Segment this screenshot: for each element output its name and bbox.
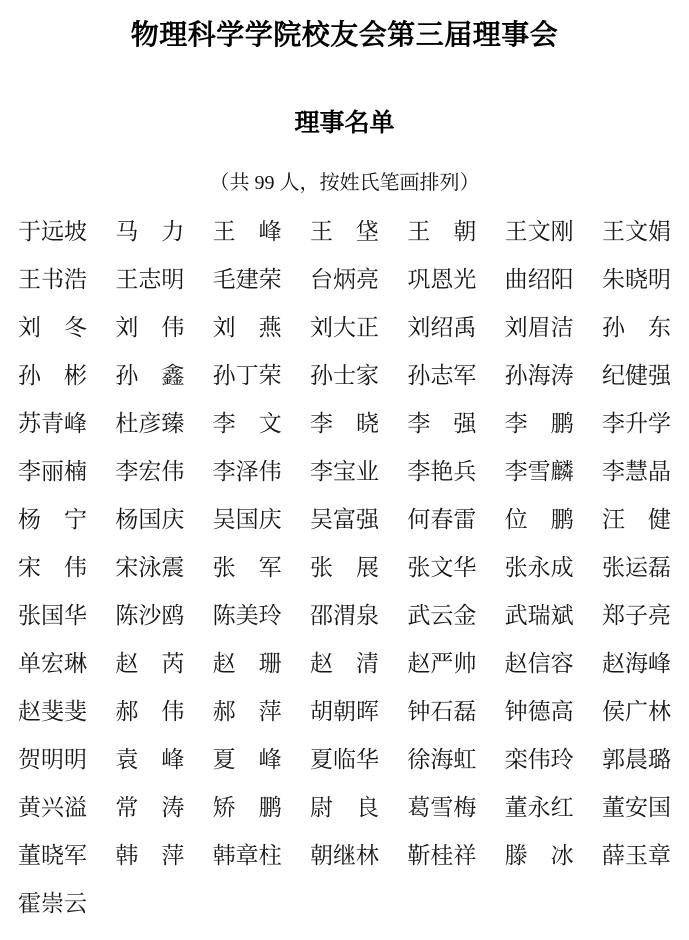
list-title: 理事名单 xyxy=(0,103,689,139)
roster-name: 董永红 xyxy=(505,795,574,821)
roster-name: 赵海峰 xyxy=(602,651,671,677)
roster-name: 李宏伟 xyxy=(115,459,184,485)
name-row: 宋 伟 宋泳震 张 军 张 展 张文华 张永成 张运磊 xyxy=(18,555,671,603)
roster-name: 王文娟 xyxy=(602,219,671,245)
roster-name: 张 军 xyxy=(213,555,282,581)
roster-name: 毛建荣 xyxy=(213,267,282,293)
roster-name: 孙丁荣 xyxy=(213,363,282,389)
roster-name: 郝 伟 xyxy=(115,699,184,725)
name-row: 杨 宁 杨国庆 吴国庆 吴富强 何春雷 位 鹏 汪 健 xyxy=(18,507,671,555)
name-row: 单宏琳 赵 芮 赵 珊 赵 清 赵严帅 赵信容 赵海峰 xyxy=(18,651,671,699)
roster-name: 薛玉章 xyxy=(602,843,671,869)
roster-name: 王志明 xyxy=(115,267,184,293)
roster-name: 巩恩光 xyxy=(407,267,476,293)
roster-name: 张国华 xyxy=(18,603,87,629)
name-row: 苏青峰 杜彦臻 李 文 李 晓 李 强 李 鹏 李升学 xyxy=(18,411,671,459)
roster-name: 夏临华 xyxy=(310,747,379,773)
roster-name: 韩 萍 xyxy=(115,843,184,869)
roster-name: 郭晨璐 xyxy=(602,747,671,773)
roster-name: 李丽楠 xyxy=(18,459,87,485)
roster-name: 钟德高 xyxy=(505,699,574,725)
roster-name: 刘 伟 xyxy=(115,315,184,341)
roster-name: 孙 鑫 xyxy=(115,363,184,389)
roster-name: 台炳亮 xyxy=(310,267,379,293)
roster-name: 李泽伟 xyxy=(213,459,282,485)
roster-name: 李 强 xyxy=(407,411,476,437)
roster-name: 赵信容 xyxy=(505,651,574,677)
roster-name: 杜彦臻 xyxy=(115,411,184,437)
roster-name: 侯广林 xyxy=(602,699,671,725)
roster-name: 张文华 xyxy=(407,555,476,581)
roster-name: 单宏琳 xyxy=(18,651,87,677)
roster-name: 董安国 xyxy=(602,795,671,821)
roster-name: 刘 燕 xyxy=(213,315,282,341)
name-row: 王书浩 王志明 毛建荣 台炳亮 巩恩光 曲绍阳 朱晓明 xyxy=(18,267,671,315)
roster-name: 曲绍阳 xyxy=(505,267,574,293)
roster-name: 李 鹏 xyxy=(505,411,574,437)
roster-name: 李宝业 xyxy=(310,459,379,485)
roster-name: 张 展 xyxy=(310,555,379,581)
roster-name: 刘大正 xyxy=(310,315,379,341)
roster-name: 王文刚 xyxy=(505,219,574,245)
roster-name: 苏青峰 xyxy=(18,411,87,437)
roster-name: 滕 冰 xyxy=(505,843,574,869)
roster-name: 李 晓 xyxy=(310,411,379,437)
roster-name: 孙志军 xyxy=(407,363,476,389)
name-row: 张国华 陈沙鸥 陈美玲 邵渭泉 武云金 武瑞斌 郑子亮 xyxy=(18,603,671,651)
roster-name: 位 鹏 xyxy=(505,507,574,533)
roster-name: 赵 清 xyxy=(310,651,379,677)
name-row: 李丽楠 李宏伟 李泽伟 李宝业 李艳兵 李雪麟 李慧晶 xyxy=(18,459,671,507)
roster-name: 郑子亮 xyxy=(602,603,671,629)
roster-name: 王 朝 xyxy=(407,219,476,245)
name-row: 于远坡 马 力 王 峰 王 垡 王 朝 王文刚 王文娟 xyxy=(18,219,671,267)
roster-name: 袁 峰 xyxy=(115,747,184,773)
roster-name: 王 垡 xyxy=(310,219,379,245)
name-row: 孙 彬 孙 鑫 孙丁荣 孙士家 孙志军 孙海涛 纪健强 xyxy=(18,363,671,411)
roster-name: 赵 珊 xyxy=(213,651,282,677)
roster-name: 钟石磊 xyxy=(407,699,476,725)
roster-name: 宋 伟 xyxy=(18,555,87,581)
name-row: 赵斐斐 郝 伟 郝 萍 胡朝晖 钟石磊 钟德高 侯广林 xyxy=(18,699,671,747)
roster-name: 常 涛 xyxy=(115,795,184,821)
roster-name: 孙海涛 xyxy=(505,363,574,389)
roster-name: 武云金 xyxy=(407,603,476,629)
roster-name: 刘眉洁 xyxy=(505,315,574,341)
roster-name: 吴国庆 xyxy=(213,507,282,533)
roster-name: 赵严帅 xyxy=(407,651,476,677)
roster-name: 马 力 xyxy=(115,219,184,245)
roster-name: 陈沙鸥 xyxy=(115,603,184,629)
document-title: 物理科学学院校友会第三届理事会 xyxy=(0,13,689,53)
roster-name: 张永成 xyxy=(505,555,574,581)
roster-name: 李升学 xyxy=(602,411,671,437)
roster-name: 霍崇云 xyxy=(18,891,87,917)
roster-name: 孙 东 xyxy=(602,315,671,341)
roster-name: 靳桂祥 xyxy=(407,843,476,869)
roster-name: 尉 良 xyxy=(310,795,379,821)
roster-name: 夏 峰 xyxy=(213,747,282,773)
roster-name: 何春雷 xyxy=(407,507,476,533)
roster-name: 朱晓明 xyxy=(602,267,671,293)
name-row: 黄兴溢 常 涛 矫 鹏 尉 良 葛雪梅 董永红 董安国 xyxy=(18,795,671,843)
name-row: 霍崇云 xyxy=(18,891,671,939)
roster-name: 赵 芮 xyxy=(115,651,184,677)
roster-name: 朝继林 xyxy=(310,843,379,869)
roster-name: 张运磊 xyxy=(602,555,671,581)
roster-name: 吴富强 xyxy=(310,507,379,533)
name-row: 董晓军 韩 萍 韩章柱 朝继林 靳桂祥 滕 冰 薛玉章 xyxy=(18,843,671,891)
roster-name: 栾伟玲 xyxy=(505,747,574,773)
roster-name: 孙 彬 xyxy=(18,363,87,389)
roster-name: 孙士家 xyxy=(310,363,379,389)
roster-name: 杨 宁 xyxy=(18,507,87,533)
roster-name: 汪 健 xyxy=(602,507,671,533)
name-grid: 于远坡 马 力 王 峰 王 垡 王 朝 王文刚 王文娟 王书浩 王志明 毛建荣 … xyxy=(18,219,671,939)
name-row: 贺明明 袁 峰 夏 峰 夏临华 徐海虹 栾伟玲 郭晨璐 xyxy=(18,747,671,795)
roster-name: 王 峰 xyxy=(213,219,282,245)
roster-name: 黄兴溢 xyxy=(18,795,87,821)
count-note: （共 99 人，按姓氏笔画排列） xyxy=(0,166,689,195)
roster-name: 杨国庆 xyxy=(115,507,184,533)
roster-name: 于远坡 xyxy=(18,219,87,245)
roster-name: 韩章柱 xyxy=(213,843,282,869)
roster-name: 李 文 xyxy=(213,411,282,437)
roster-name: 纪健强 xyxy=(602,363,671,389)
roster-name: 矫 鹏 xyxy=(213,795,282,821)
roster-name: 葛雪梅 xyxy=(407,795,476,821)
roster-name: 宋泳震 xyxy=(115,555,184,581)
roster-name: 李雪麟 xyxy=(505,459,574,485)
roster-name: 陈美玲 xyxy=(213,603,282,629)
roster-name: 王书浩 xyxy=(18,267,87,293)
roster-name: 武瑞斌 xyxy=(505,603,574,629)
roster-name: 邵渭泉 xyxy=(310,603,379,629)
roster-name: 贺明明 xyxy=(18,747,87,773)
roster-name: 徐海虹 xyxy=(407,747,476,773)
roster-name: 刘 冬 xyxy=(18,315,87,341)
roster-name: 李慧晶 xyxy=(602,459,671,485)
roster-name: 董晓军 xyxy=(18,843,87,869)
document-page: 物理科学学院校友会第三届理事会 理事名单 （共 99 人，按姓氏笔画排列） 于远… xyxy=(0,0,689,940)
roster-name: 刘绍禹 xyxy=(407,315,476,341)
name-row: 刘 冬 刘 伟 刘 燕 刘大正 刘绍禹 刘眉洁 孙 东 xyxy=(18,315,671,363)
roster-name: 赵斐斐 xyxy=(18,699,87,725)
roster-name: 胡朝晖 xyxy=(310,699,379,725)
roster-name: 郝 萍 xyxy=(213,699,282,725)
roster-name: 李艳兵 xyxy=(407,459,476,485)
